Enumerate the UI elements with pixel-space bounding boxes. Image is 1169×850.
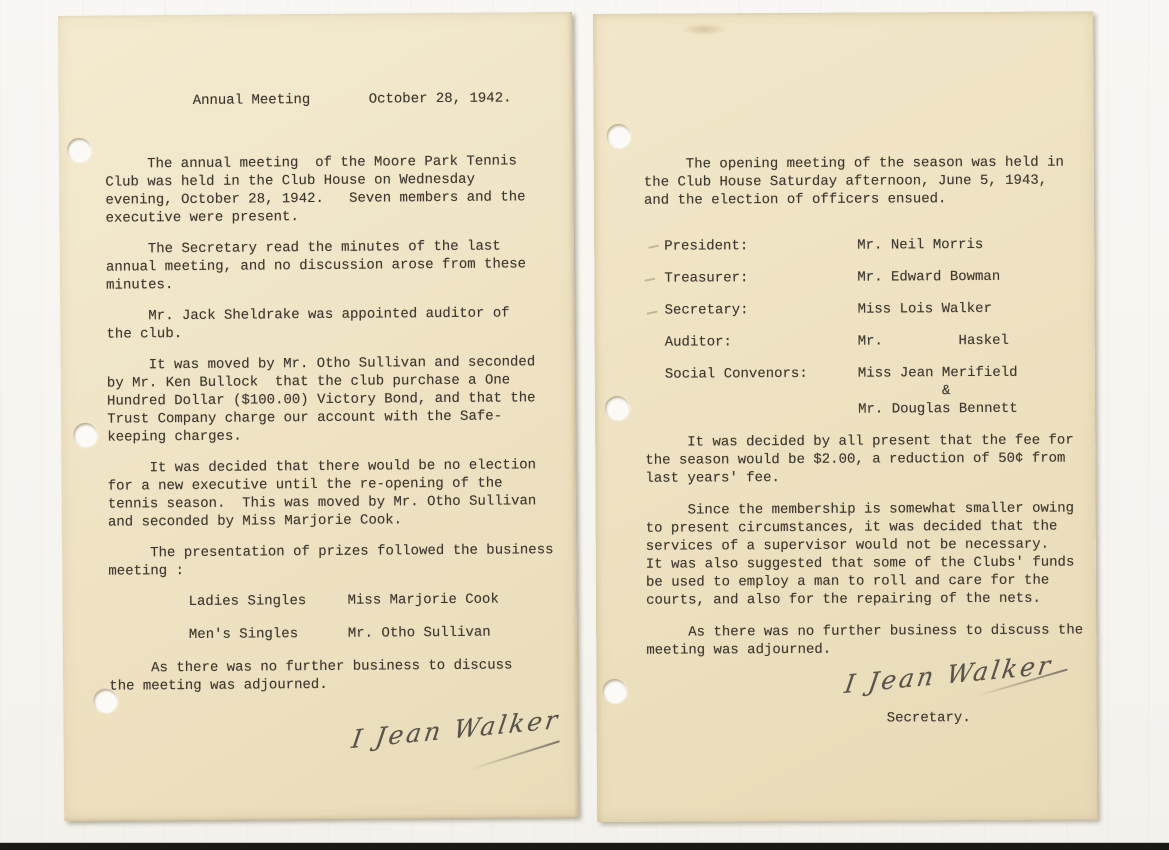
officer-name: Mr. Neil Morris [857,236,983,255]
document-body: The opening meeting of the season was he… [644,153,1109,673]
punch-hole [605,396,629,420]
paragraph: The opening meeting of the season was he… [644,153,1106,209]
officer-row: President: Mr. Neil Morris [644,235,1106,255]
paper-smudge [681,23,727,35]
paragraph: The Secretary read the minutes of the la… [106,237,584,295]
officer-role: President: [664,237,857,256]
closing-paragraph: As there was no further business to disc… [109,656,587,696]
scanner-edge [0,843,1169,850]
handwritten-signature: I Jean Walker [350,705,562,754]
punch-hole [607,124,631,148]
document-date: October 28, 1942. [369,90,512,107]
prize-list: Ladies Singles Miss Marjorie Cook Men's … [109,590,587,645]
scanned-image-canvas: Annual Meeting October 28, 1942. The ann… [0,0,1169,850]
officer-row: Auditor: Mr. Haskel [645,331,1107,351]
prize-event: Men's Singles [189,625,348,644]
officer-list: President: Mr. Neil Morris Treasurer: Mr… [644,235,1107,419]
officer-row: Social Convenors: Miss Jean Merifield & … [645,363,1107,419]
right-page-document: The opening meeting of the season was he… [593,11,1097,822]
officer-name: Miss Lois Walker [858,300,993,319]
signature-block: I Jean Walker [844,660,1053,690]
signature-flourish [469,740,560,770]
officer-name: Mr. Edward Bowman [857,268,1000,287]
prize-row: Men's Singles Mr. Otho Sullivan [109,623,587,645]
prize-winner: Miss Marjorie Cook [348,591,499,610]
paragraph: The annual meeting of the Moore Park Ten… [105,152,584,228]
prize-row: Ladies Singles Miss Marjorie Cook [109,590,587,612]
paragraph: Since the membership is somewhat smaller… [646,499,1109,609]
paragraph: The presentation of prizes followed the … [108,541,586,581]
document-body: The annual meeting of the Moore Park Ten… [105,152,587,696]
paragraph: It was decided by all present that the f… [645,431,1107,487]
paragraph: It was moved by Mr. Otho Sullivan and se… [107,353,586,447]
officer-row: Treasurer: Mr. Edward Bowman [644,267,1106,287]
paragraph: Mr. Jack Sheldrake was appointed auditor… [106,304,584,344]
punch-hole [602,679,626,703]
prize-winner: Mr. Otho Sullivan [348,624,491,643]
officer-name: Mr. Haskel [858,332,1009,351]
signature-title: Secretary. [887,710,971,726]
officer-role: Auditor: [665,333,858,352]
punch-hole [73,423,97,447]
officer-role: Secretary: [665,301,858,320]
left-page-document: Annual Meeting October 28, 1942. The ann… [58,12,578,821]
officer-role: Treasurer: [664,269,857,288]
punch-hole [67,138,91,162]
signature-block: I Jean Walker [352,714,561,745]
paragraph: It was decided that there would be no el… [107,456,586,532]
officer-row: Secretary: Miss Lois Walker [645,299,1107,319]
prize-event: Ladies Singles [189,592,348,611]
document-header: Annual Meeting October 28, 1942. [59,90,573,94]
officer-role: Social Convenors: [665,365,858,420]
document-title: Annual Meeting [193,92,311,109]
officer-name: Miss Jean Merifield & Mr. Douglas Bennet… [858,364,1018,419]
